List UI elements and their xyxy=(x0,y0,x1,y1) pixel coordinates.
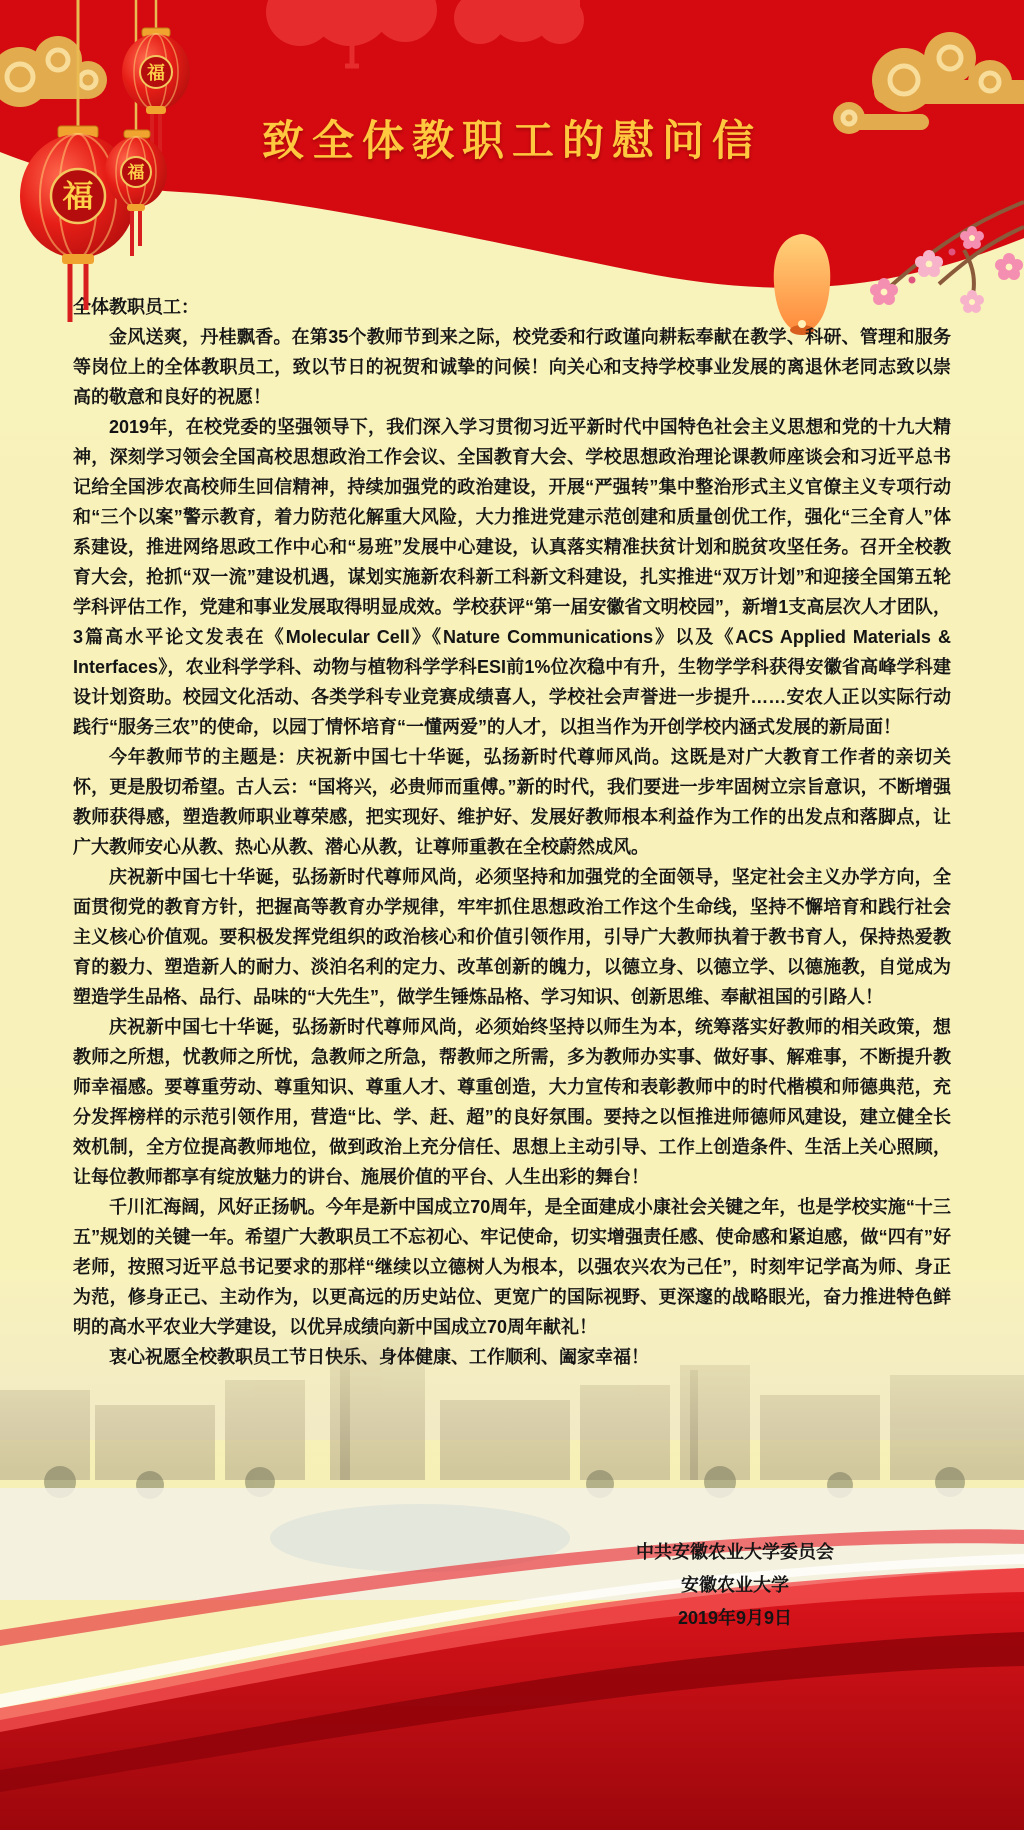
letter-paragraph: 千川汇海阔，风好正扬帆。今年是新中国成立70周年，是全面建成小康社会关键之年，也… xyxy=(73,1192,951,1342)
svg-text:福: 福 xyxy=(128,162,145,182)
letter-body: 全体教职员工： 金风送爽，丹桂飘香。在第35个教师节到来之际，校党委和行政谨向耕… xyxy=(73,292,951,1372)
letter-paragraph: 庆祝新中国七十华诞，弘扬新时代尊师风尚，必须始终坚持以师生为本，统筹落实好教师的… xyxy=(73,1012,951,1192)
red-ribbon-graphic xyxy=(0,1480,1024,1830)
signature-date: 2019年9月9日 xyxy=(628,1602,842,1635)
signature-committee: 中共安徽农业大学委员会 xyxy=(628,1536,842,1569)
signature-block: 中共安徽农业大学委员会 安徽农业大学 2019年9月9日 xyxy=(628,1536,842,1635)
letter-paragraph: 衷心祝愿全校教职员工节日快乐、身体健康、工作顺利、阖家幸福！ xyxy=(73,1342,951,1372)
signature-university: 安徽农业大学 xyxy=(628,1569,842,1602)
svg-text:福: 福 xyxy=(147,63,165,83)
svg-text:福: 福 xyxy=(63,179,94,214)
letter-paragraph: 庆祝新中国七十华诞，弘扬新时代尊师风尚，必须坚持和加强党的全面领导，坚定社会主义… xyxy=(73,862,951,1012)
letter-paragraph: 2019年，在校党委的坚强领导下，我们深入学习贯彻习近平新时代中国特色社会主义思… xyxy=(73,412,951,742)
letter-paragraph: 今年教师节的主题是：庆祝新中国七十华诞，弘扬新时代尊师风尚。这既是对广大教育工作… xyxy=(73,742,951,862)
greeting-letter-poster: 福 福 福 xyxy=(0,0,1024,1830)
red-lantern-icon: 福 福 福 xyxy=(8,0,238,340)
